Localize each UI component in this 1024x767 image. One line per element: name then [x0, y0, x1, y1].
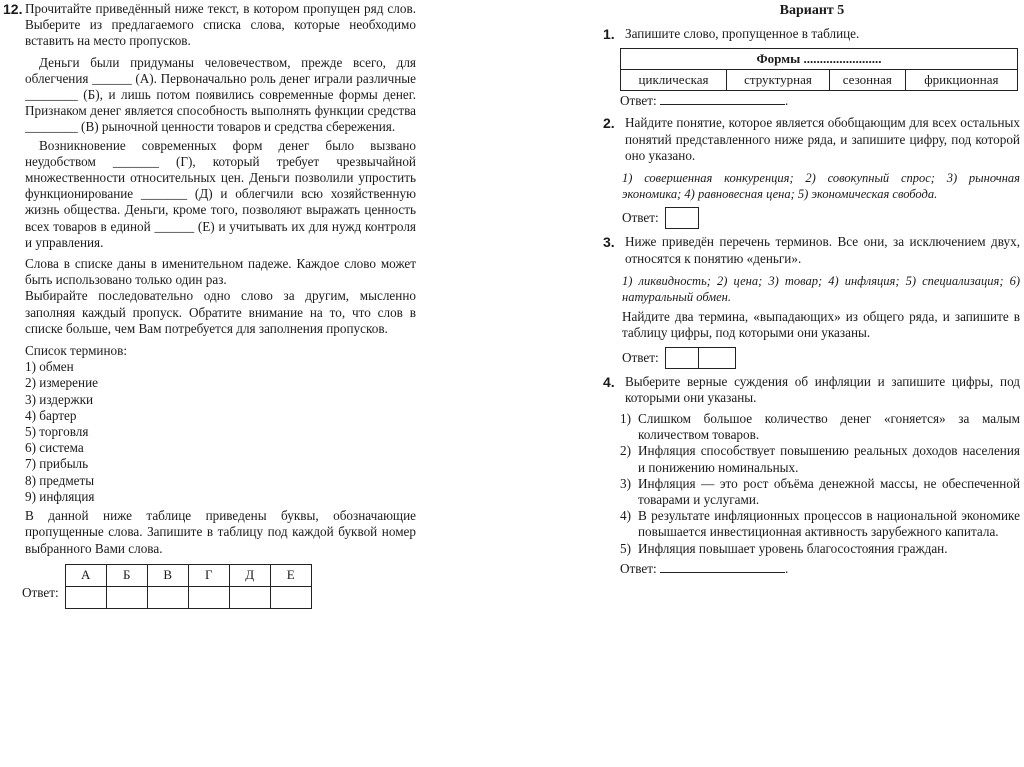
answer-row: Ответ:: [622, 347, 1020, 369]
answer-row: Ответ:: [622, 207, 1020, 229]
statement-item: 4)В результате инфляционных процессов в …: [620, 508, 1020, 540]
letter-header: В: [147, 564, 188, 586]
passage-paragraph-2: Возникновение современных форм денег был…: [25, 138, 416, 251]
answer-cell[interactable]: [147, 586, 188, 608]
question-12: 12. Прочитайте приведённый ниже текст, в…: [0, 1, 420, 609]
answer-table: А Б В Г Д Е: [65, 564, 312, 609]
answer-box[interactable]: [665, 347, 699, 369]
answer-cell[interactable]: [229, 586, 270, 608]
answer-cell[interactable]: [65, 586, 106, 608]
statement-item: 1)Слишком большое количество денег «гоня…: [620, 411, 1020, 443]
answer-label: Ответ:: [620, 93, 657, 108]
forms-table-cell: сезонная: [829, 70, 905, 91]
letter-header: Г: [188, 564, 229, 586]
question-prompt: Ниже приведён перечень терминов. Все они…: [625, 234, 1024, 266]
term-item: 4) бартер: [25, 408, 416, 424]
answer-suffix: .: [785, 561, 788, 576]
question-number: 1.: [600, 26, 625, 42]
answer-line[interactable]: [660, 92, 785, 105]
answer-label: Ответ:: [620, 561, 657, 576]
left-page: 12. Прочитайте приведённый ниже текст, в…: [0, 0, 420, 609]
letter-header: Б: [106, 564, 147, 586]
answer-cell[interactable]: [270, 586, 311, 608]
statement-item: 3)Инфляция — это рост объёма денежной ма…: [620, 476, 1020, 508]
term-item: 1) обмен: [25, 359, 416, 375]
term-item: 5) торговля: [25, 424, 416, 440]
variant-title: Вариант 5: [600, 3, 1024, 19]
question-prompt: Запишите слово, пропущенное в таблице.: [625, 26, 859, 42]
question-options: 1) совершенная конкуренция; 2) совокупны…: [622, 170, 1020, 202]
question-number: 4.: [600, 374, 625, 406]
question-prompt: Найдите понятие, которое является обобща…: [625, 115, 1024, 164]
terms-list: 1) обмен 2) измерение 3) издержки 4) бар…: [25, 359, 416, 505]
answer-suffix: .: [785, 93, 788, 108]
question-prompt: Выберите верные суждения об инфляции и з…: [625, 374, 1024, 406]
forms-table: Формы ........................ циклическ…: [620, 48, 1018, 91]
term-item: 3) издержки: [25, 392, 416, 408]
question-2: 2. Найдите понятие, которое является обо…: [600, 115, 1024, 229]
letter-header: Д: [229, 564, 270, 586]
instruction-2: Выбирайте последовательно одно слово за …: [25, 288, 416, 337]
question-instruction: Найдите два термина, «выпадающих» из общ…: [622, 309, 1020, 341]
question-options: 1) ликвидность; 2) цена; 3) товар; 4) ин…: [622, 273, 1020, 305]
answer-box[interactable]: [665, 207, 699, 229]
letter-header: Е: [270, 564, 311, 586]
answer-box[interactable]: [699, 347, 736, 369]
answer-label: Ответ:: [22, 585, 59, 601]
question-number: 2.: [600, 115, 625, 164]
question-1: 1. Запишите слово, пропущенное в таблице…: [600, 26, 1024, 109]
question-3: 3. Ниже приведён перечень терминов. Все …: [600, 234, 1024, 368]
letter-header: А: [65, 564, 106, 586]
right-page: Вариант 5 1. Запишите слово, пропущенное…: [600, 0, 1024, 577]
question-prompt: Прочитайте приведённый ниже текст, в кот…: [25, 1, 420, 50]
term-item: 2) измерение: [25, 375, 416, 391]
table-instruction: В данной ниже таблице приведены буквы, о…: [25, 508, 416, 557]
terms-heading: Список терминов:: [25, 343, 416, 359]
statement-item: 5)Инфляция повышает уровень благосостоян…: [620, 541, 1020, 557]
instruction-1: Слова в списке даны в именительном падеж…: [25, 256, 416, 288]
answer-row: Ответ: .: [620, 560, 1020, 577]
answer-row: Ответ: А Б В Г Д Е: [25, 564, 416, 609]
answer-label: Ответ:: [622, 350, 659, 366]
answer-cell[interactable]: [188, 586, 229, 608]
answer-line[interactable]: [660, 560, 785, 573]
term-item: 9) инфляция: [25, 489, 416, 505]
question-4: 4. Выберите верные суждения об инфляции …: [600, 374, 1024, 577]
question-number: 12.: [0, 1, 25, 50]
term-item: 7) прибыль: [25, 456, 416, 472]
forms-table-header: Формы ........................: [621, 49, 1018, 70]
statement-item: 2)Инфляция способствует повышению реальн…: [620, 443, 1020, 475]
term-item: 8) предметы: [25, 473, 416, 489]
forms-table-cell: структурная: [727, 70, 830, 91]
term-item: 6) система: [25, 440, 416, 456]
forms-table-cell: циклическая: [621, 70, 727, 91]
answer-label: Ответ:: [622, 210, 659, 226]
forms-table-cell: фрикционная: [905, 70, 1017, 91]
question-number: 3.: [600, 234, 625, 266]
passage-paragraph-1: Деньги были придуманы человечеством, пре…: [25, 55, 416, 136]
answer-row: Ответ: .: [620, 92, 1018, 109]
answer-cell[interactable]: [106, 586, 147, 608]
